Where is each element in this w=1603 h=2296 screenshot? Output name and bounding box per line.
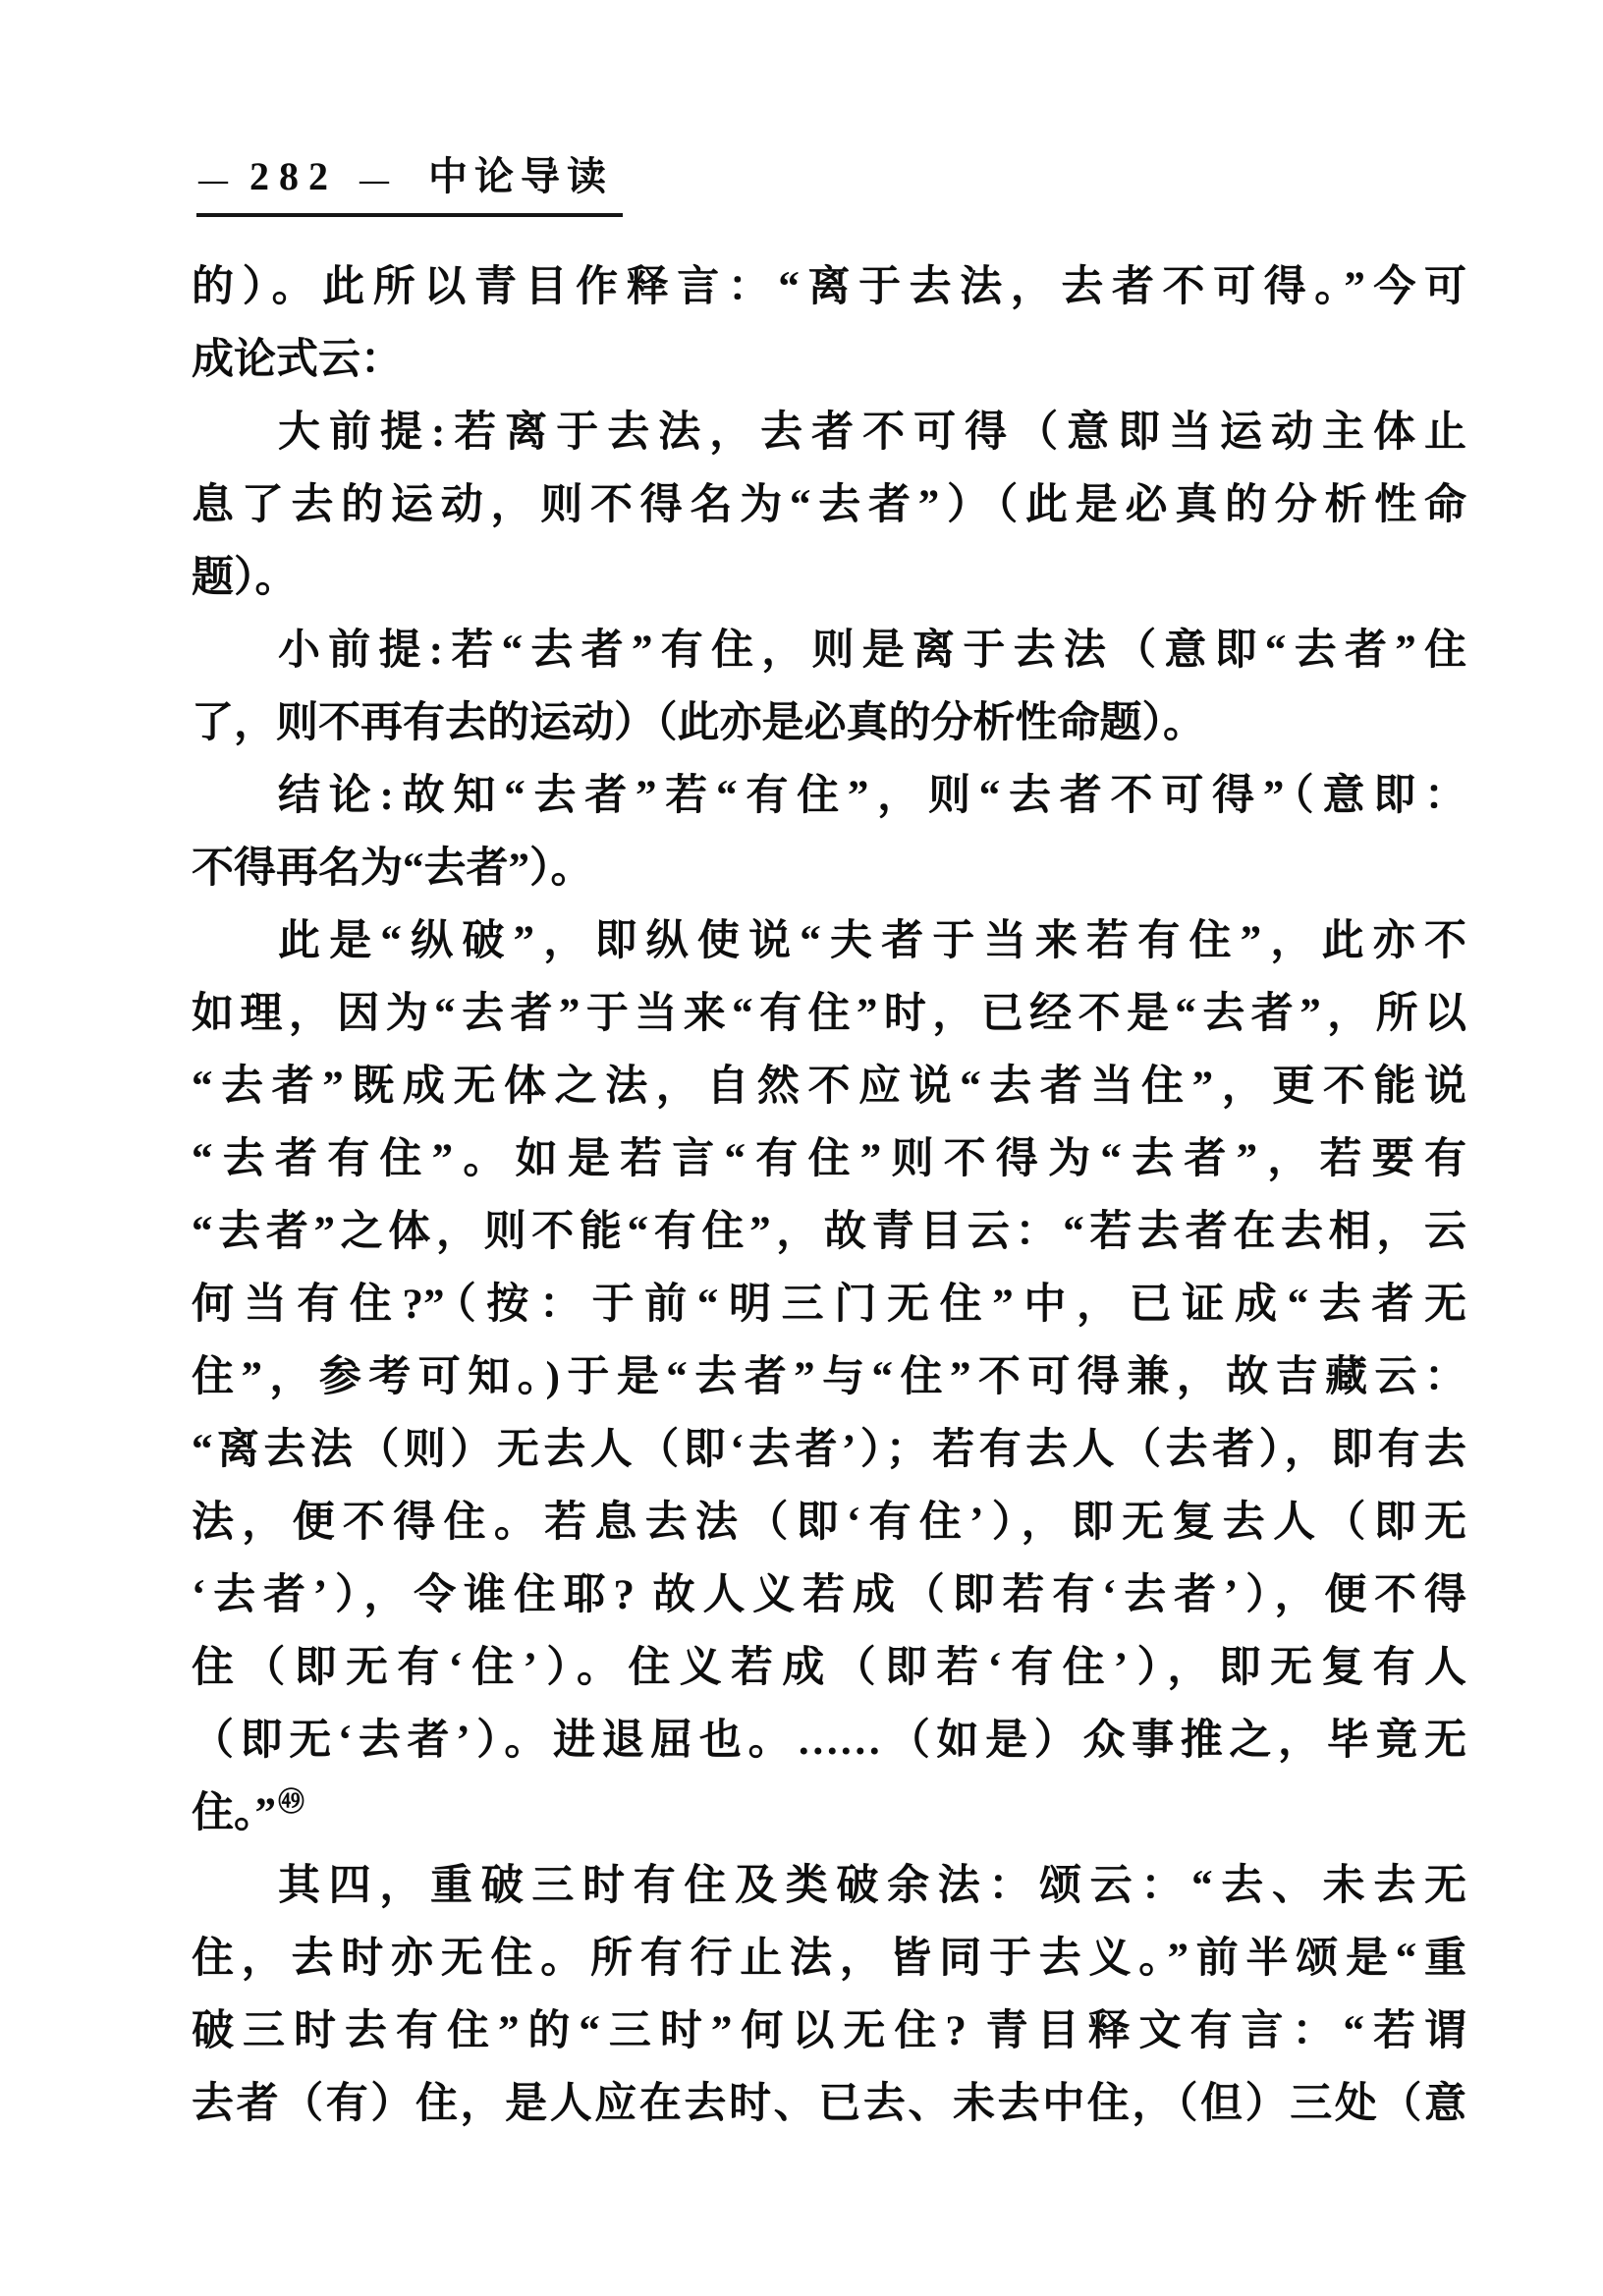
- text-line: 如理，因为“去者”于当来“有住”时，已经不是“去者”，所以: [192, 978, 1466, 1051]
- text-line: 破三时去有住”的“三时”何以无住? 青目释文有言：“若谓: [192, 1995, 1466, 2068]
- text-line: 小前提:若“去者”有住，则是离于去法（意即“去者”住: [192, 615, 1466, 687]
- text-line: 去者（有）住，是人应在去时、已去、未去中住，（但）三处（意: [192, 2068, 1466, 2141]
- text-line: “离去法（则）无去人（即‘去者’）；若有去人（去者），即有去: [192, 1414, 1466, 1487]
- page-number: 282: [249, 153, 338, 199]
- text-line: 住”，参考可知。)于是“去者”与“住”不可得兼，故吉藏云：: [192, 1341, 1466, 1414]
- page-header: — 282 — 中论导读: [196, 145, 623, 217]
- text-line: “去者”既成无体之法，自然不应说“去者当住”，更不能说: [192, 1051, 1466, 1123]
- text-line: 不得再名为“去者”）。: [192, 833, 1466, 905]
- text-line: 住。”㊾: [192, 1777, 1466, 1850]
- header-left-dash: —: [198, 164, 228, 197]
- text-line: 其四，重破三时有住及类破余法：颂云：“去、未去无: [192, 1850, 1466, 1923]
- footnote-marker: ㊾: [278, 1787, 304, 1817]
- text-line: 住（即无有‘住’）。住义若成（即若‘有住’），即无复有人: [192, 1632, 1466, 1705]
- text-line: “去者”之体，则不能“有住”，故青目云：“若去者在去相，云: [192, 1196, 1466, 1269]
- text-line: “去者有住”。如是若言“有住”则不得为“去者”，若要有: [192, 1123, 1466, 1196]
- text-line: （即无‘去者’）。进退屈也。……（如是）众事推之，毕竟无: [192, 1705, 1466, 1777]
- text-line: 题）。: [192, 542, 1466, 615]
- text-line: 此是“纵破”，即纵使说“夫者于当来若有住”，此亦不: [192, 905, 1466, 978]
- text-line: 的）。此所以青目作释言：“离于去法，去者不可得。”今可: [192, 251, 1466, 324]
- body-text: 的）。此所以青目作释言：“离于去法，去者不可得。”今可成论式云：大前提:若离于去…: [192, 251, 1466, 2141]
- text-line: 息了去的运动，则不得名为“去者”）（此是必真的分析性命: [192, 469, 1466, 542]
- text-line: 结论:故知“去者”若“有住”，则“去者不可得”（意即：: [192, 760, 1466, 833]
- text-line: 住，去时亦无住。所有行止法，皆同于去义。”前半颂是“重: [192, 1923, 1466, 1995]
- text-line: 成论式云：: [192, 324, 1466, 397]
- header-right-dash: —: [359, 164, 389, 197]
- text-line: 大前提:若离于去法，去者不可得（意即当运动主体止: [192, 397, 1466, 469]
- book-title: 中论导读: [428, 145, 613, 201]
- text-line: 法，便不得住。若息去法（即‘有住’），即无复去人（即无: [192, 1487, 1466, 1559]
- book-page: — 282 — 中论导读 的）。此所以青目作释言：“离于去法，去者不可得。”今可…: [0, 0, 1603, 2296]
- text-line: ‘去者’），令谁住耶? 故人义若成（即若有‘去者’），便不得: [192, 1559, 1466, 1632]
- text-line: 何当有住?”（按：于前“明三门无住”中，已证成“去者无: [192, 1269, 1466, 1341]
- text-line: 了，则不再有去的运动）（此亦是必真的分析性命题）。: [192, 687, 1466, 760]
